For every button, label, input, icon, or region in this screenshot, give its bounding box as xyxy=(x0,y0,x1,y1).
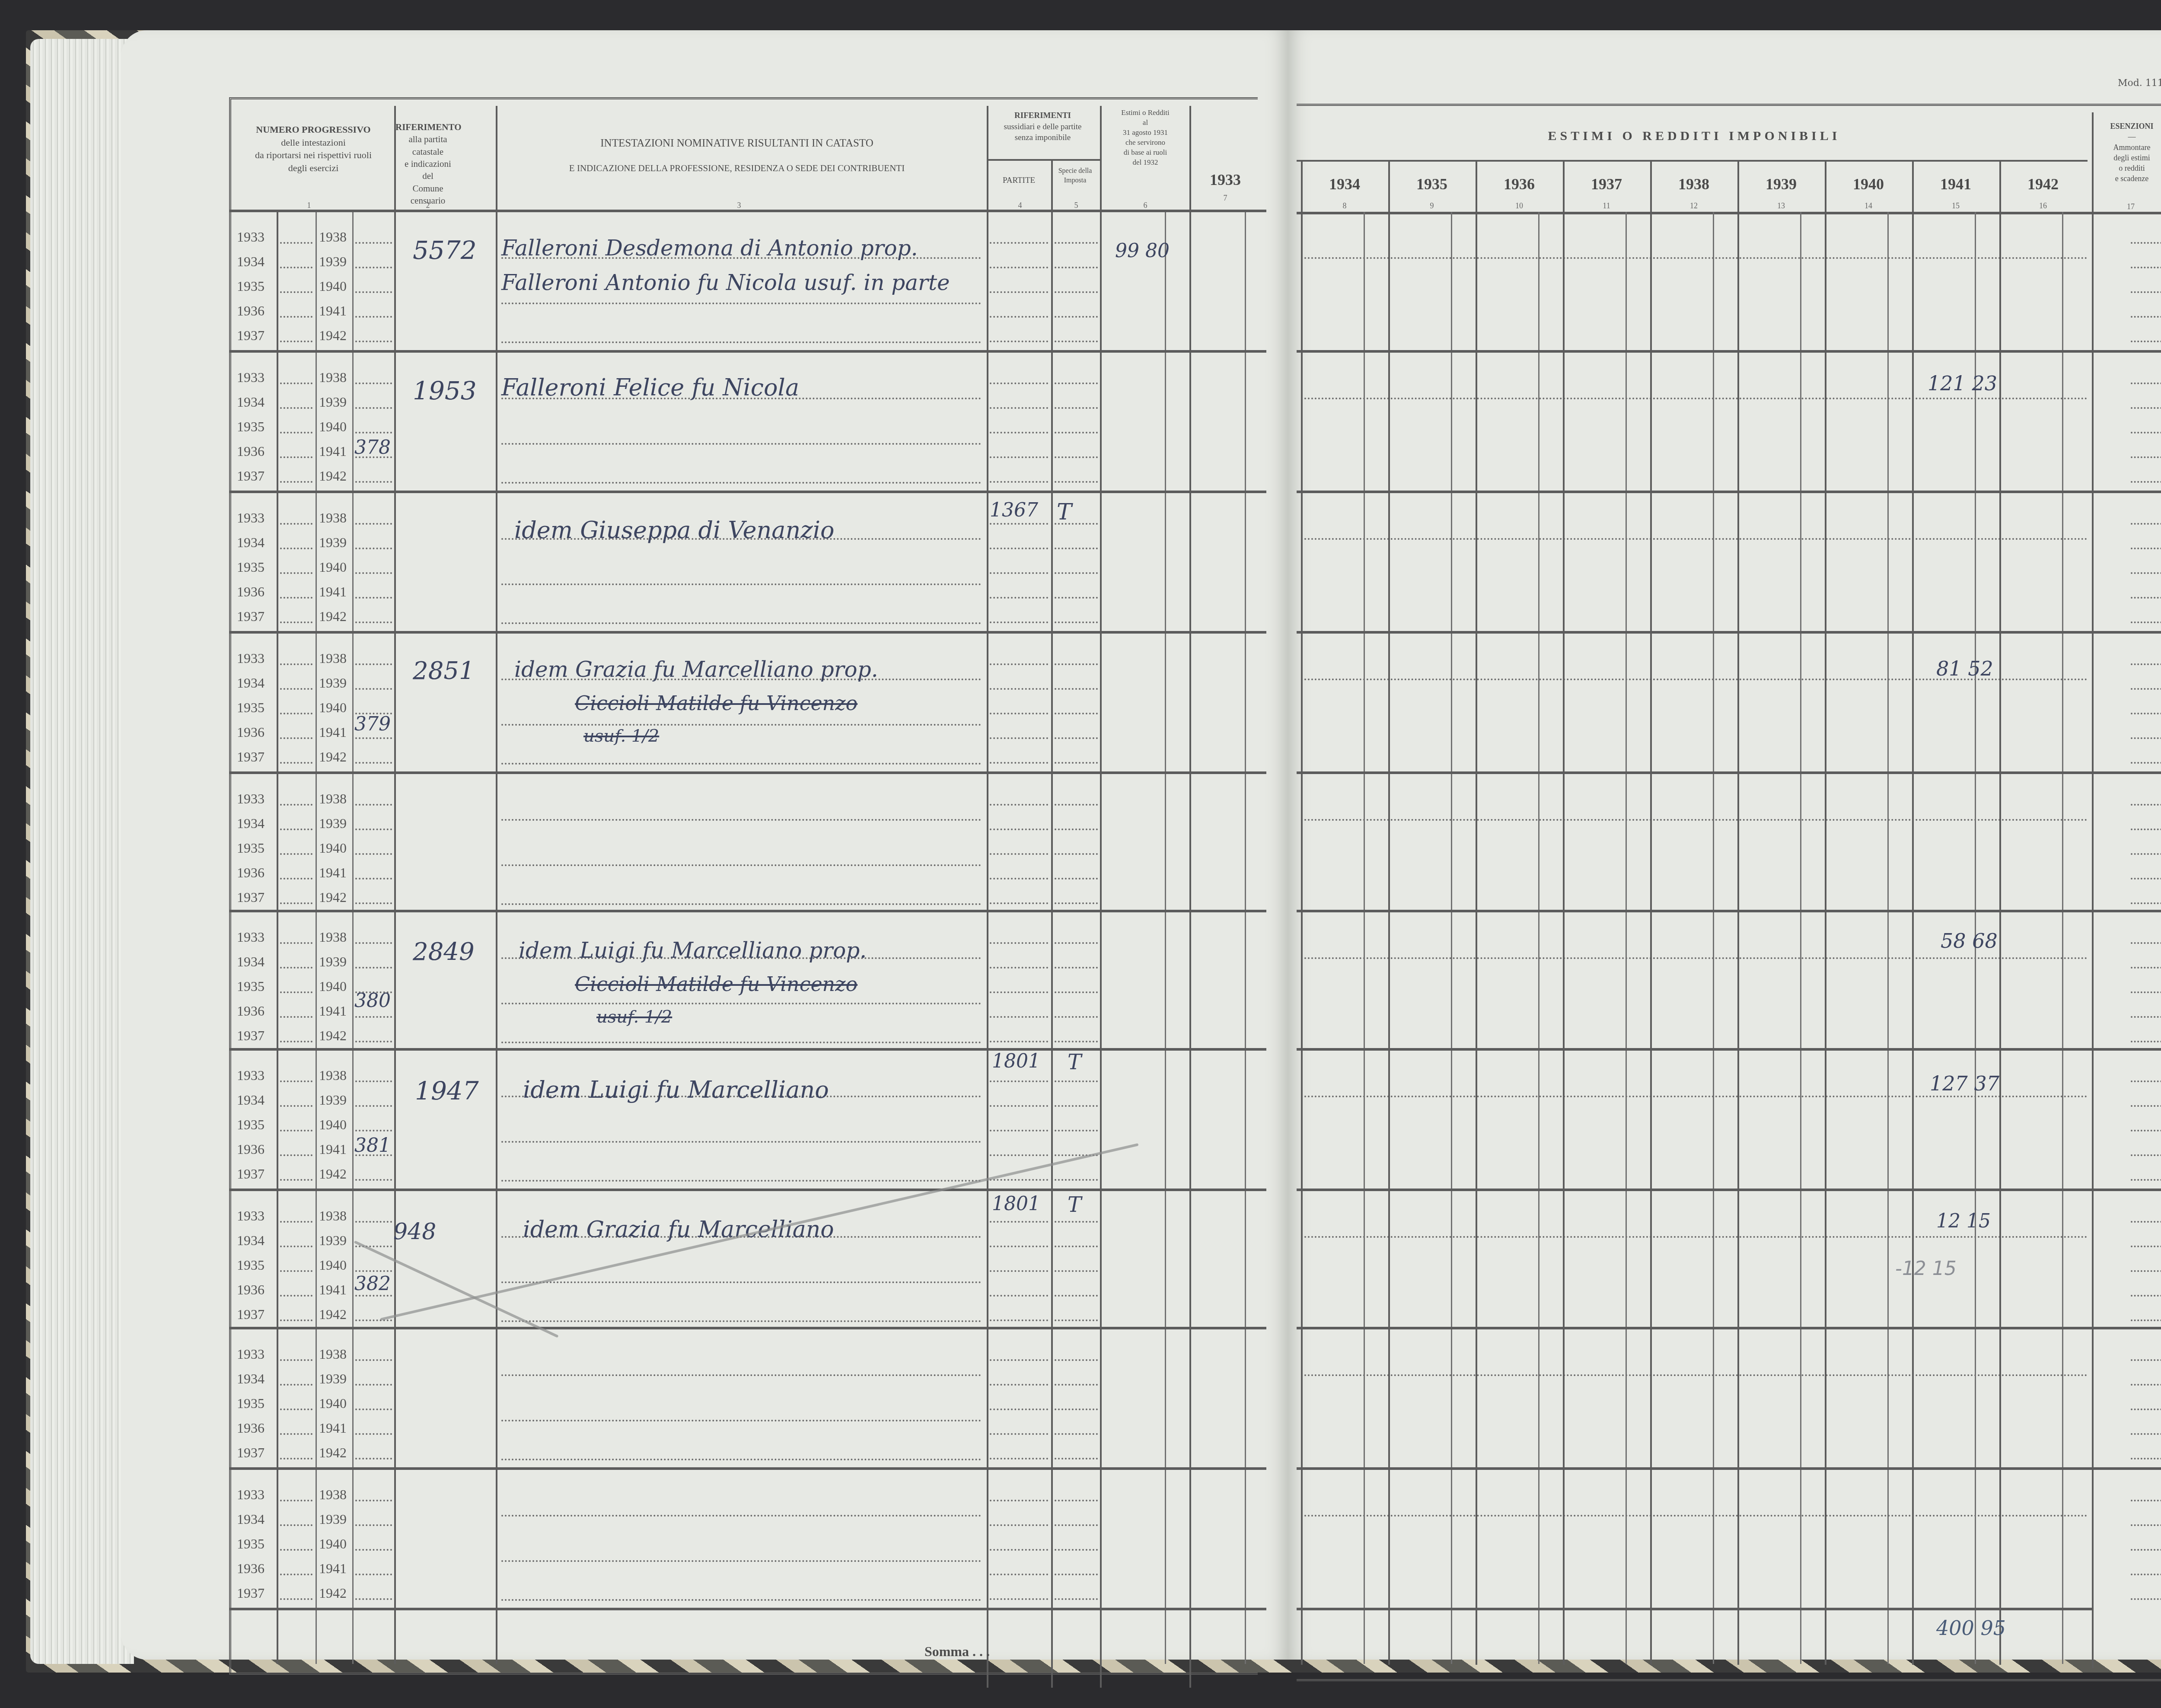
dotted-line xyxy=(355,1433,392,1435)
block-rule xyxy=(1297,1189,2161,1191)
dotted-line xyxy=(280,432,312,433)
column-number: 9 xyxy=(1388,201,1476,210)
right-title: ESTIMI O REDDITI IMPONIBILI xyxy=(1305,127,2083,145)
year-label: 1942 xyxy=(319,889,345,905)
dotted-line xyxy=(280,548,312,549)
col-divider xyxy=(1563,161,1565,1665)
value-1941: 81 52 xyxy=(1936,657,1993,680)
dotted-line xyxy=(280,1295,312,1297)
dotted-line xyxy=(355,1130,392,1131)
dotted-line xyxy=(1055,291,1098,293)
dotted-line xyxy=(355,382,392,384)
dotted-line xyxy=(280,621,312,623)
dotted-line xyxy=(1055,572,1098,574)
block-rule xyxy=(1297,1327,2161,1329)
col-divider xyxy=(394,106,396,1664)
dotted-line xyxy=(280,1408,312,1410)
year-label: 1941 xyxy=(319,1141,345,1157)
year-label: 1940 xyxy=(319,278,345,294)
year-label: 1936 xyxy=(237,1282,263,1298)
year-label: 1942 xyxy=(319,1028,345,1044)
value-1941-correction: -12 15 xyxy=(1895,1258,1957,1280)
dotted-line xyxy=(990,1080,1048,1082)
year-label: 1942 xyxy=(319,1306,345,1322)
dotted-line xyxy=(280,597,312,599)
dotted-line xyxy=(280,1246,312,1247)
form-model-label: Mod. 111 - Imposte Dirette (Intercalare)… xyxy=(2118,78,2161,89)
col-divider xyxy=(1825,161,1826,1665)
entry-name-line: idem Luigi fu Marcelliano prop. xyxy=(519,938,867,963)
dotted-line xyxy=(280,456,312,458)
dotted-line xyxy=(280,572,312,574)
exemptions-header: ESENZIONI — Ammontare degli estimi o red… xyxy=(2094,121,2161,184)
entry-name-line-struck: Ciccioli Matilde fu Vincenzo xyxy=(575,691,857,715)
dotted-line xyxy=(280,382,312,384)
writing-line xyxy=(501,724,981,726)
dotted-line xyxy=(355,663,392,665)
entry-name-line: idem Grazia fu Marcelliano prop. xyxy=(514,657,878,682)
col-divider xyxy=(1189,106,1191,1688)
dotted-line xyxy=(355,1080,392,1082)
col-divider xyxy=(496,106,497,1664)
entry-name-line: Falleroni Desdemona di Antonio prop. xyxy=(501,236,918,261)
col17-number: 17 xyxy=(2124,202,2137,211)
col-divider xyxy=(1476,161,1477,1665)
writing-line xyxy=(501,1141,981,1143)
year-label: 1940 xyxy=(319,419,345,435)
dotted-line xyxy=(355,481,392,483)
year-label: 1939 xyxy=(319,1233,345,1249)
dotted-line xyxy=(280,1154,312,1156)
dotted-line xyxy=(280,878,312,879)
year-label: 1942 xyxy=(319,1166,345,1182)
dotted-line xyxy=(1055,1524,1098,1526)
dotted-line xyxy=(990,713,1048,714)
year-label: 1940 xyxy=(319,978,345,994)
block-rule xyxy=(1297,491,2161,493)
block-rule xyxy=(1297,1467,2161,1470)
col5-label: Specie della Imposta xyxy=(1052,166,1098,185)
dotted-line xyxy=(1055,1130,1098,1131)
year-label: 1933 xyxy=(237,510,263,526)
dotted-line xyxy=(990,1549,1048,1551)
year-label: 1941 xyxy=(319,1003,345,1019)
dotted-line xyxy=(1055,621,1098,623)
dotted-line xyxy=(280,737,312,739)
dotted-line xyxy=(355,1500,392,1501)
year-label: 1934 xyxy=(237,954,263,970)
col4-number: 4 xyxy=(1014,201,1026,210)
dotted-line xyxy=(355,967,392,969)
year-column-header: 1942 xyxy=(1999,175,2087,193)
dotted-line xyxy=(280,407,312,409)
right-table-frame xyxy=(1297,104,2161,1681)
dotted-line xyxy=(990,407,1048,409)
year-column-header: 1940 xyxy=(1825,175,1912,193)
dotted-line xyxy=(990,432,1048,433)
dotted-line xyxy=(1055,942,1098,944)
col2-header: RIFERIMENTO alla partita catastale e ind… xyxy=(395,121,460,207)
dotted-line xyxy=(280,829,312,830)
cents-divider xyxy=(1800,212,1801,1664)
block-rule xyxy=(1297,350,2161,353)
dotted-line xyxy=(355,688,392,690)
dotted-line xyxy=(1055,878,1098,879)
year-label: 1941 xyxy=(319,1282,345,1298)
col-divider xyxy=(1051,160,1053,1688)
dotted-line xyxy=(990,1295,1048,1297)
year-label: 1933 xyxy=(237,1346,263,1362)
entry-name-line-struck: usuf. 1/2 xyxy=(583,726,659,746)
block-rule xyxy=(1297,1608,2092,1610)
year-label: 1942 xyxy=(319,749,345,765)
year-label: 1941 xyxy=(319,1420,345,1436)
dotted-line xyxy=(990,1598,1048,1600)
dotted-line xyxy=(280,663,312,665)
cents-divider xyxy=(2062,212,2063,1664)
dotted-line xyxy=(1055,1384,1098,1386)
year-label: 1935 xyxy=(237,278,263,294)
dotted-line xyxy=(1055,1221,1098,1223)
col-divider xyxy=(1912,161,1914,1665)
sum-value-1941: 400 95 xyxy=(1936,1616,2006,1640)
col-divider xyxy=(1165,212,1166,1664)
dotted-line xyxy=(355,267,392,268)
year-label: 1937 xyxy=(237,1166,263,1182)
dotted-line xyxy=(280,688,312,690)
year-label: 1940 xyxy=(319,1396,345,1412)
dotted-line xyxy=(280,1179,312,1181)
entry-progressive: 380 xyxy=(354,990,391,1012)
dotted-line xyxy=(1055,1295,1098,1297)
col-divider xyxy=(1245,212,1246,1664)
sum-label: Somma . . . xyxy=(873,1642,990,1661)
dotted-line xyxy=(990,1384,1048,1386)
year-label: 1935 xyxy=(237,1396,263,1412)
exemptions-line: degli estimi xyxy=(2094,153,2161,163)
dotted-line xyxy=(355,737,392,739)
year-column-header: 1937 xyxy=(1563,175,1650,193)
dotted-line xyxy=(280,967,312,969)
writing-line xyxy=(501,1459,981,1460)
entry-specie: T xyxy=(1057,499,1072,525)
dotted-line xyxy=(355,242,392,244)
entry-partita: 948 xyxy=(393,1219,436,1245)
dotted-line xyxy=(990,621,1048,623)
dotted-line xyxy=(1055,688,1098,690)
year-label: 1937 xyxy=(237,1306,263,1322)
col6-line: del 1932 xyxy=(1102,158,1189,168)
col45-divider xyxy=(988,159,1100,161)
dotted-line xyxy=(990,1574,1048,1575)
year-label: 1941 xyxy=(319,443,345,459)
writing-line xyxy=(501,1281,981,1283)
year-label: 1937 xyxy=(237,889,263,905)
year-label: 1938 xyxy=(319,1067,345,1083)
col1-title: NUMERO PROGRESSIVO xyxy=(233,123,393,136)
dotted-line xyxy=(355,878,392,879)
dotted-line xyxy=(280,242,312,244)
year-label: 1937 xyxy=(237,468,263,484)
block-rule xyxy=(229,631,1266,634)
entry-name-line: idem Luigi fu Marcelliano xyxy=(523,1076,829,1103)
dotted-line xyxy=(280,1598,312,1600)
col-divider xyxy=(987,106,988,1688)
column-number: 14 xyxy=(1825,201,1912,210)
year-label: 1936 xyxy=(237,724,263,740)
dotted-line xyxy=(355,1549,392,1551)
dotted-line xyxy=(355,942,392,944)
entry-progressive: 379 xyxy=(354,713,391,735)
year-label: 1935 xyxy=(237,559,263,575)
entry-progressive: 382 xyxy=(354,1273,391,1295)
block-rule xyxy=(229,350,1266,353)
exemptions-line: Ammontare xyxy=(2094,142,2161,153)
col1-number: 1 xyxy=(303,201,316,210)
dotted-line xyxy=(355,1524,392,1526)
year-label: 1940 xyxy=(319,1257,345,1273)
col-divider xyxy=(316,212,317,1664)
dotted-line xyxy=(1055,1359,1098,1361)
dotted-line xyxy=(355,1295,392,1297)
year-label: 1935 xyxy=(237,1536,263,1552)
entry-progressive: 381 xyxy=(354,1134,391,1157)
dotted-line xyxy=(1055,1041,1098,1042)
year-column-header: 1934 xyxy=(1301,175,1388,193)
dotted-line xyxy=(990,967,1048,969)
dotted-line xyxy=(355,621,392,623)
dotted-line xyxy=(990,762,1048,764)
year-label: 1934 xyxy=(237,254,263,270)
dotted-line xyxy=(355,762,392,764)
year-label: 1939 xyxy=(319,1371,345,1387)
dotted-line xyxy=(1055,382,1098,384)
dotted-line xyxy=(1055,597,1098,599)
dotted-line xyxy=(990,991,1048,993)
year-label: 1936 xyxy=(237,1420,263,1436)
year-label: 1942 xyxy=(319,468,345,484)
col6-number: 6 xyxy=(1139,201,1152,210)
dotted-line xyxy=(355,1574,392,1575)
year-column-header: 1936 xyxy=(1476,175,1563,193)
dotted-line xyxy=(1055,1105,1098,1107)
writing-line xyxy=(501,583,981,585)
year-label: 1935 xyxy=(237,700,263,716)
year-label: 1933 xyxy=(237,929,263,945)
exemptions-title: ESENZIONI xyxy=(2094,121,2161,131)
block-rule xyxy=(1297,771,2161,774)
col7-year: 1933 xyxy=(1193,171,1258,189)
dotted-line xyxy=(990,737,1048,739)
column-number: 10 xyxy=(1476,201,1563,210)
block-rule xyxy=(229,771,1266,774)
entry-partita: 2851 xyxy=(413,657,475,685)
year-column-header: 1941 xyxy=(1912,175,1999,193)
dotted-line xyxy=(280,902,312,904)
dotted-line xyxy=(1055,713,1098,714)
writing-line xyxy=(501,1042,981,1043)
dotted-line xyxy=(1055,902,1098,904)
left-table-frame xyxy=(229,97,1258,1675)
year-label: 1937 xyxy=(237,609,263,625)
dotted-line xyxy=(990,1500,1048,1501)
dotted-line xyxy=(990,523,1048,525)
dotted-line xyxy=(1055,1080,1098,1082)
dotted-line xyxy=(1055,1458,1098,1459)
dotted-line xyxy=(990,1105,1048,1107)
block-rule xyxy=(1297,1048,2161,1051)
dotted-line xyxy=(280,1433,312,1435)
year-label: 1942 xyxy=(319,328,345,344)
year-label: 1937 xyxy=(237,1028,263,1044)
cents-divider xyxy=(1451,212,1452,1664)
col6-line: di base ai ruoli xyxy=(1102,148,1189,158)
dotted-line xyxy=(990,1179,1048,1181)
year-label: 1934 xyxy=(237,535,263,551)
dotted-line xyxy=(280,762,312,764)
year-label: 1935 xyxy=(237,1117,263,1133)
year-label: 1938 xyxy=(319,1346,345,1362)
writing-line xyxy=(501,1560,981,1562)
entry-progressive: 378 xyxy=(354,437,391,459)
year-label: 1941 xyxy=(319,1561,345,1577)
dotted-line xyxy=(355,1598,392,1600)
col6-line: 31 agosto 1931 xyxy=(1102,128,1189,138)
dotted-line xyxy=(280,1384,312,1386)
dotted-line xyxy=(1055,737,1098,739)
dotted-line xyxy=(990,1246,1048,1247)
entry-partite-ref: 1367 xyxy=(990,499,1038,521)
col1-header: NUMERO PROGRESSIVO delle intestazioni da… xyxy=(233,123,393,175)
col6-title: Estimi o Redditi xyxy=(1102,108,1189,118)
col2-title: RIFERIMENTO xyxy=(395,121,460,133)
dotted-line xyxy=(990,242,1048,244)
dotted-line xyxy=(280,341,312,342)
entry-partite-ref: 1801 xyxy=(992,1050,1040,1072)
dotted-line xyxy=(280,1549,312,1551)
dotted-line xyxy=(280,713,312,714)
dotted-line xyxy=(990,1154,1048,1156)
dotted-line xyxy=(990,1433,1048,1435)
year-label: 1936 xyxy=(237,584,263,600)
dotted-line xyxy=(355,804,392,806)
col4-label: PARTITE xyxy=(988,175,1050,186)
block-rule xyxy=(229,1189,1266,1191)
year-label: 1938 xyxy=(319,510,345,526)
col45-header: RIFERIMENTI sussidiari e delle partite s… xyxy=(988,110,1098,143)
dotted-line xyxy=(1055,481,1098,483)
year-column-header: 1939 xyxy=(1737,175,1825,193)
dotted-line xyxy=(355,291,392,293)
col-divider xyxy=(352,212,354,1664)
value-1941: 127 37 xyxy=(1930,1072,1999,1095)
year-label: 1939 xyxy=(319,954,345,970)
year-label: 1938 xyxy=(319,1487,345,1503)
dotted-line xyxy=(280,1130,312,1131)
dotted-line xyxy=(990,853,1048,855)
dotted-line xyxy=(280,1319,312,1321)
dotted-line xyxy=(280,1041,312,1042)
year-label: 1937 xyxy=(237,328,263,344)
dotted-line xyxy=(990,1319,1048,1321)
col3-subtitle: E INDICAZIONE DELLA PROFESSIONE, RESIDEN… xyxy=(499,162,975,174)
dotted-line xyxy=(990,481,1048,483)
dotted-line xyxy=(1055,1549,1098,1551)
year-column-header: 1938 xyxy=(1650,175,1737,193)
dotted-line xyxy=(990,804,1048,806)
dotted-line xyxy=(1055,1319,1098,1321)
dotted-line xyxy=(990,829,1048,830)
dotted-line xyxy=(1055,1598,1098,1600)
dotted-line xyxy=(1055,829,1098,830)
dotted-line xyxy=(990,1359,1048,1361)
year-label: 1940 xyxy=(319,1536,345,1552)
year-column-header: 1935 xyxy=(1388,175,1476,193)
col7-number: 7 xyxy=(1219,194,1232,203)
dotted-line xyxy=(355,1041,392,1042)
year-label: 1934 xyxy=(237,1371,263,1387)
writing-line xyxy=(501,482,981,484)
writing-line xyxy=(501,1003,981,1004)
dotted-line xyxy=(1055,1500,1098,1501)
dotted-line xyxy=(280,291,312,293)
col3-number: 3 xyxy=(733,201,746,210)
year-label: 1939 xyxy=(319,394,345,410)
year-label: 1934 xyxy=(237,1092,263,1108)
dotted-line xyxy=(990,942,1048,944)
block-rule xyxy=(229,1327,1266,1329)
dotted-line xyxy=(355,853,392,855)
dotted-line xyxy=(990,1408,1048,1410)
dotted-line xyxy=(1055,407,1098,409)
col6-line: al xyxy=(1102,118,1189,128)
year-label: 1936 xyxy=(237,1141,263,1157)
entry-partita: 5572 xyxy=(413,236,477,265)
year-label: 1935 xyxy=(237,1257,263,1273)
entry-partita: 2849 xyxy=(413,938,475,966)
entry-name-line: Falleroni Antonio fu Nicola usuf. in par… xyxy=(501,270,950,295)
dotted-line xyxy=(1055,991,1098,993)
year-label: 1938 xyxy=(319,791,345,807)
year-label: 1940 xyxy=(319,1117,345,1133)
col-divider xyxy=(1650,161,1652,1665)
year-label: 1933 xyxy=(237,1067,263,1083)
dotted-line xyxy=(1055,1179,1098,1181)
dotted-line xyxy=(355,1221,392,1223)
col45-line: senza imponibile xyxy=(988,132,1098,143)
dotted-line xyxy=(280,1080,312,1082)
writing-line xyxy=(501,443,981,445)
year-label: 1938 xyxy=(319,370,345,386)
year-label: 1936 xyxy=(237,443,263,459)
col3-title: INTESTAZIONI NOMINATIVE RISULTANTI IN CA… xyxy=(499,136,975,151)
year-label: 1942 xyxy=(319,609,345,625)
year-label: 1942 xyxy=(319,1445,345,1461)
dotted-line xyxy=(1055,1574,1098,1575)
dotted-line xyxy=(280,1458,312,1459)
col45-title: RIFERIMENTI xyxy=(988,110,1098,121)
dotted-line xyxy=(280,991,312,993)
writing-line xyxy=(501,903,981,905)
dotted-line xyxy=(1055,242,1098,244)
block-rule xyxy=(229,1467,1266,1470)
dotted-line xyxy=(280,523,312,525)
year-label: 1934 xyxy=(237,1511,263,1527)
dotted-line xyxy=(355,1384,392,1386)
entry-partite-ref: 1801 xyxy=(992,1193,1040,1215)
dotted-line xyxy=(990,291,1048,293)
year-label: 1938 xyxy=(319,929,345,945)
